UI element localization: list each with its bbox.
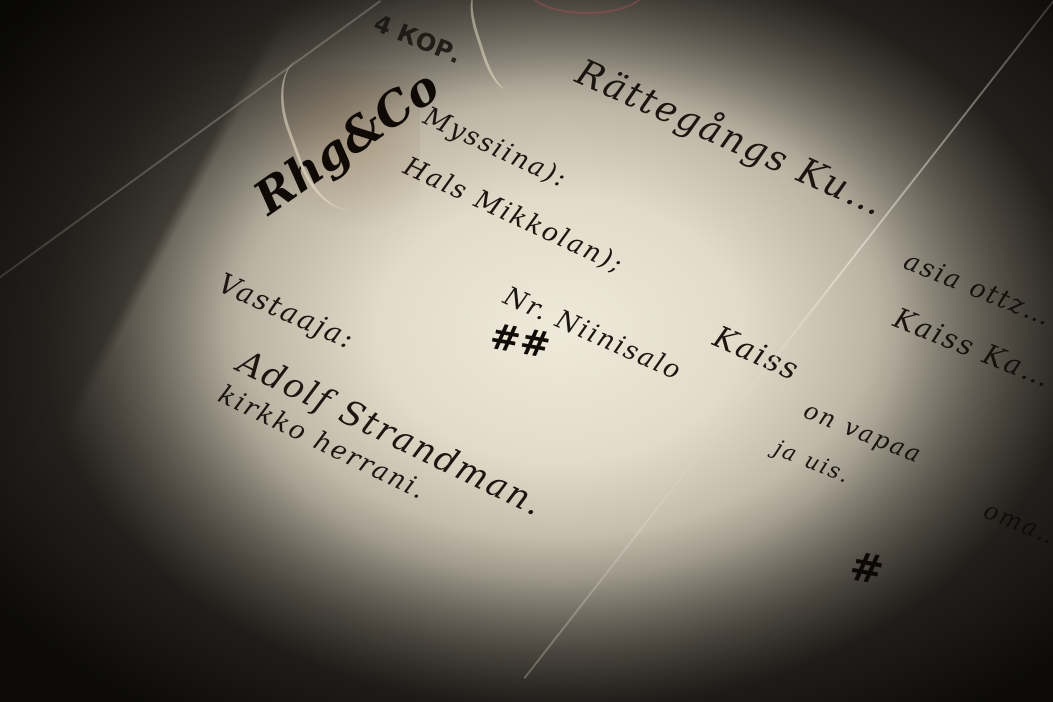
handwritten-line: Vastaaja: bbox=[213, 266, 360, 356]
binding-string-2 bbox=[463, 0, 525, 93]
handwritten-line: ja uis. bbox=[770, 436, 854, 489]
red-stamp bbox=[530, 0, 644, 14]
handwritten-line: oma… bbox=[980, 496, 1053, 553]
hash-mark: # bbox=[846, 542, 887, 594]
hash-mark: ## bbox=[487, 315, 554, 367]
document-photo: 4 КОР. Rhg&Co Rättegångs Ku… Myssiina): … bbox=[0, 0, 1053, 702]
heading-text: Rättegångs Ku… bbox=[570, 52, 891, 225]
